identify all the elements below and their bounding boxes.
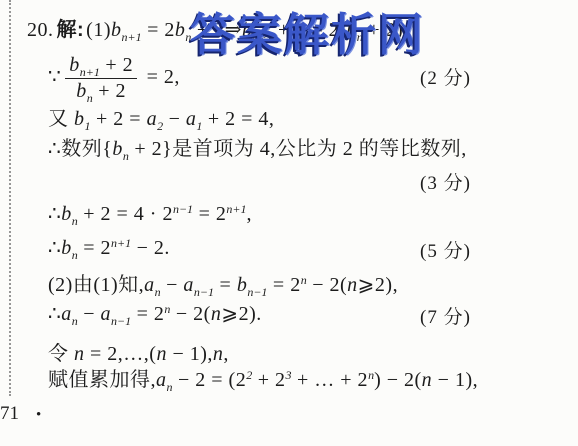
- score-mark-2: (2 分): [420, 63, 471, 90]
- score-mark-7: (7 分): [420, 302, 471, 329]
- solution-line-10: 赋值累加得,an − 2 = (22 + 23 + … + 2n) − 2(n …: [48, 363, 478, 392]
- math-expression-2: ∵bn+1 + 2bn + 2 = 2,: [48, 66, 180, 88]
- answer-page: 答案解析网 20.解:(1)bn+1 = 2bn + 2⇒bn+1 + 2 = …: [0, 0, 578, 446]
- page-footer: 71•: [0, 403, 41, 425]
- math-expression-9: 令 n = 2,…,(n − 1),n,: [48, 343, 229, 365]
- math-expression-3: 又 b1 + 2 = a2 − a1 + 2 = 4,: [48, 108, 274, 130]
- problem-number: 20.: [27, 19, 54, 41]
- solution-line-8: ∴an − an−1 = 2n − 2(n⩾2).: [48, 301, 262, 326]
- math-expression-7: (2)由(1)知,an − an−1 = bn−1 = 2n − 2(n⩾2),: [48, 274, 398, 296]
- solution-line-4: ∴数列{bn + 2}是首项为 4,公比为 2 的等比数列,: [48, 132, 467, 161]
- math-expression-8: ∴an − an−1 = 2n − 2(n⩾2).: [48, 303, 262, 325]
- solution-line-3: 又 b1 + 2 = a2 − a1 + 2 = 4,: [48, 102, 274, 131]
- footer-bullet: •: [36, 407, 41, 423]
- solution-line-6: ∴bn = 2n+1 − 2.: [48, 235, 170, 260]
- math-expression-10: 赋值累加得,an − 2 = (22 + 23 + … + 2n) − 2(n …: [48, 369, 478, 391]
- page-number: 71: [0, 403, 19, 424]
- math-expression-6: ∴bn = 2n+1 − 2.: [48, 237, 170, 259]
- solve-label: 解:: [57, 19, 85, 41]
- solution-line-7: (2)由(1)知,an − an−1 = bn−1 = 2n − 2(n⩾2),: [48, 268, 398, 297]
- solution-line-9: 令 n = 2,…,(n − 1),n,: [48, 337, 229, 366]
- solution-line-5: ∴bn + 2 = 4 · 2n−1 = 2n+1,: [48, 201, 252, 226]
- score-mark-3: (3 分): [420, 168, 471, 195]
- score-mark-5: (5 分): [420, 236, 471, 263]
- watermark-text: 答案解析网: [190, 0, 425, 63]
- left-dotted-border: [9, 0, 11, 396]
- math-expression-4: ∴数列{bn + 2}是首项为 4,公比为 2 的等比数列,: [48, 138, 467, 160]
- solution-line-2: ∵bn+1 + 2bn + 2 = 2,: [48, 55, 180, 102]
- math-expression-5: ∴bn + 2 = 4 · 2n−1 = 2n+1,: [48, 203, 252, 225]
